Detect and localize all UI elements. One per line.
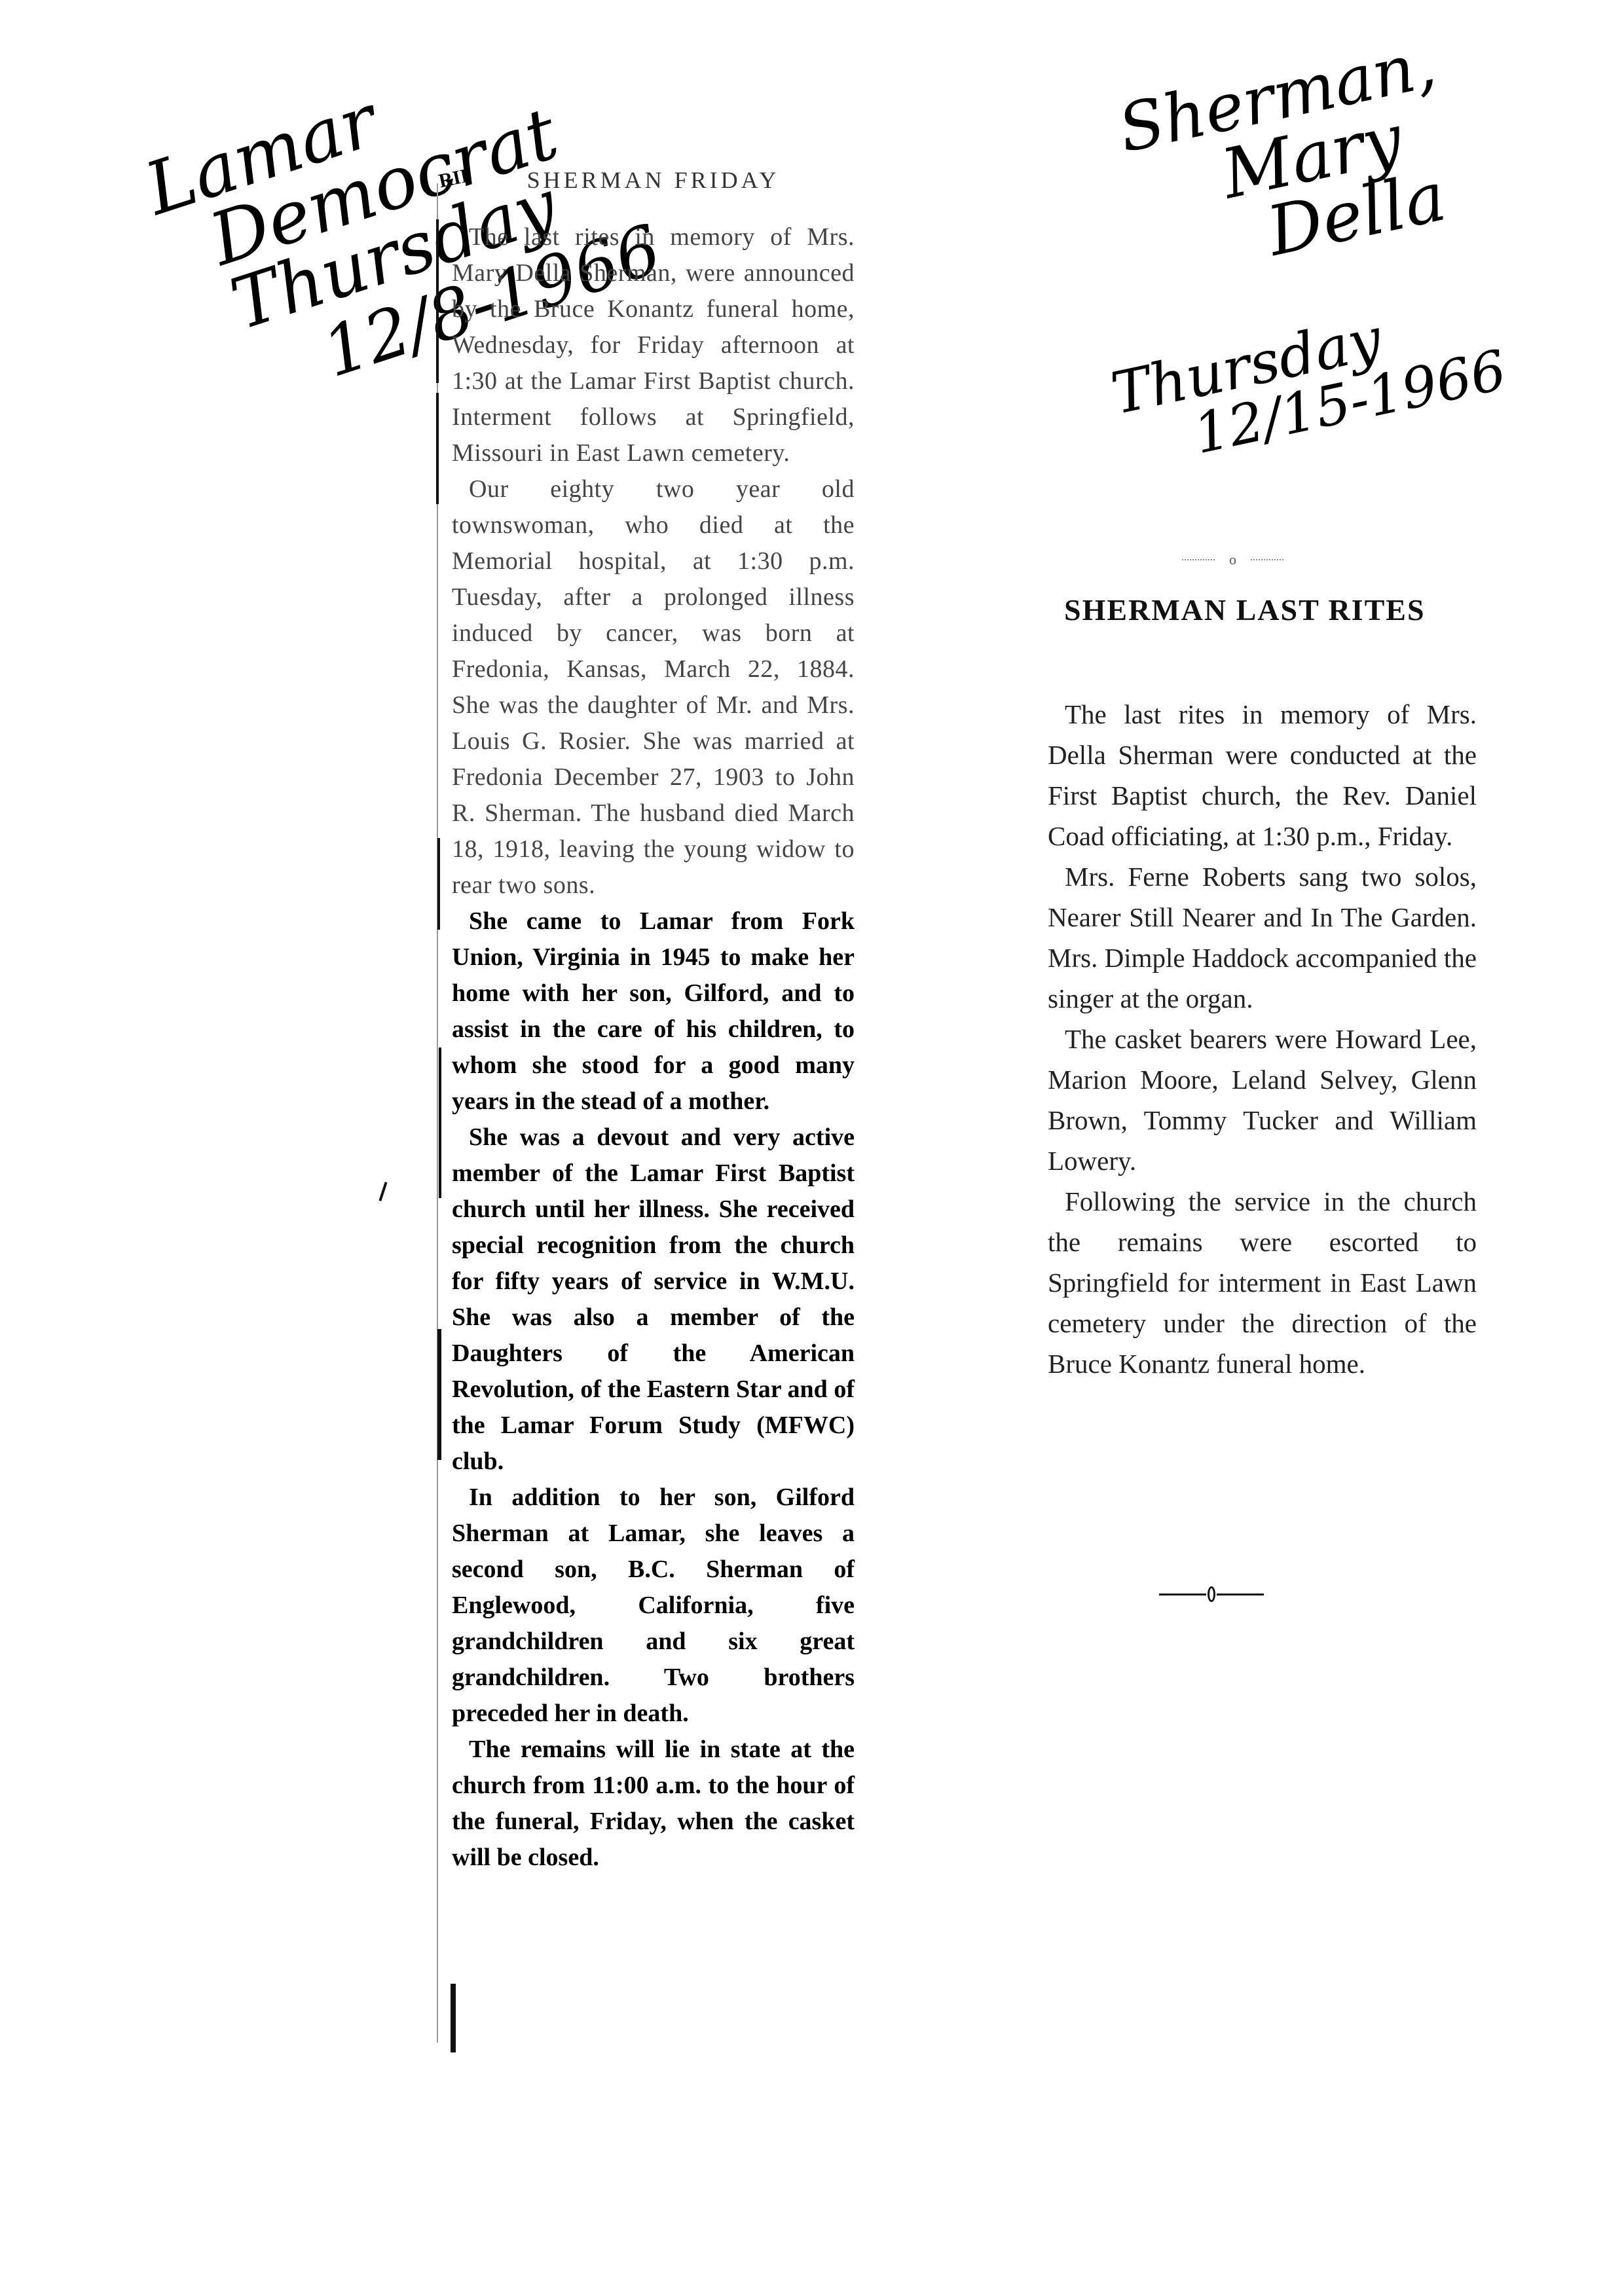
right-headline: SHERMAN LAST RITES <box>1064 592 1457 627</box>
separator-line <box>1182 559 1215 560</box>
clipping-edge-mark <box>451 1984 456 2052</box>
obituary-paragraph: Following the service in the church the … <box>1048 1181 1477 1384</box>
obituary-paragraph: In addition to her son, Gilford Sherman … <box>452 1480 855 1732</box>
clipping-edge-mark <box>436 219 439 383</box>
right-clipping: The last rites in memory of Mrs. Della S… <box>1048 694 1477 1384</box>
obituary-paragraph: The remains will lie in state at the chu… <box>452 1732 855 1876</box>
handwritten-name-note: Sherman, Mary Della <box>1113 31 1469 291</box>
clipping-edge-mark <box>437 838 440 930</box>
separator-ornament-bottom <box>1159 1584 1264 1604</box>
left-headline: SHERMAN FRIDAY <box>452 167 855 193</box>
clipping-edge-mark <box>439 1048 441 1198</box>
obituary-paragraph: She came to Lamar from Fork Union, Virgi… <box>452 903 855 1120</box>
clipping-edge-mark <box>437 1329 441 1460</box>
obituary-paragraph: She was a devout and very active member … <box>452 1120 855 1480</box>
separator-line <box>1251 559 1283 560</box>
obituary-paragraph: The casket bearers were Howard Lee, Mari… <box>1048 1019 1477 1181</box>
separator-line <box>1159 1594 1206 1595</box>
separator-line <box>1217 1594 1264 1595</box>
obituary-paragraph: The last rites in memory of Mrs. Della S… <box>1048 694 1477 856</box>
left-clipping: RII SHERMAN FRIDAY The last rites in mem… <box>452 167 855 1876</box>
obituary-paragraph: Our eighty two year old townswoman, who … <box>452 471 855 903</box>
handwritten-date-note-right: Thursday 12/15-1966 <box>1107 285 1511 477</box>
separator-circle <box>1208 1586 1215 1602</box>
clipping-edge-mark <box>436 393 439 504</box>
obituary-paragraph: The last rites in memory of Mrs. Mary De… <box>452 219 855 471</box>
obituary-paragraph: Mrs. Ferne Roberts sang two solos, Neare… <box>1048 856 1477 1019</box>
stray-pen-mark <box>378 1182 387 1201</box>
separator-ornament-top: o <box>1182 550 1287 563</box>
separator-circle: o <box>1229 551 1236 568</box>
